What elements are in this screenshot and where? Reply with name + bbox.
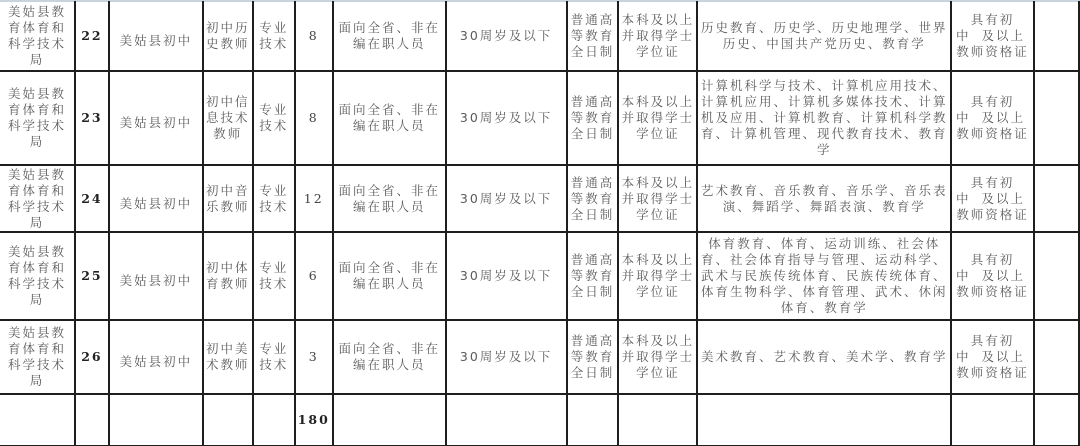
post-type-cell: 专业技术: [253, 232, 295, 320]
cert-line: 中及以上: [954, 268, 1031, 284]
empty-cell: [951, 394, 1034, 446]
unit-cell: 美姑县教育体育和科学技术局: [0, 1, 75, 71]
degree-cell: 本科及以上并取得学士学位证: [618, 232, 697, 320]
employer-cell: 美姑县初中: [109, 1, 203, 71]
age-cell: 30周岁及以下: [446, 232, 567, 320]
recruitment-table: 美姑县教育体育和科学技术局 22 美姑县初中 初中历史教师 专业技术 8 面向全…: [0, 1, 1080, 446]
employer-cell: 美姑县初中: [109, 232, 203, 320]
edu-form-cell: 普通高等教育全日制: [567, 320, 619, 394]
remark-cell: [1034, 320, 1079, 394]
empty-cell: [567, 394, 619, 446]
cert-text: 中: [956, 110, 971, 126]
recruit-scope-cell: 面向全省、非在编在职人员: [333, 71, 446, 165]
count-cell: 8: [295, 71, 333, 165]
recruit-scope-cell: 面向全省、非在编在职人员: [333, 232, 446, 320]
recruit-scope-cell: 面向全省、非在编在职人员: [333, 320, 446, 394]
majors-cell: 艺术教育、音乐教育、音乐学、音乐表演、舞蹈学、舞蹈表演、教育学: [697, 165, 951, 232]
table-row: 美姑县教育体育和科学技术局 23 美姑县初中 初中信息技术教师 专业技术 8 面…: [0, 71, 1079, 165]
empty-cell: [75, 394, 109, 446]
cert-line: 中及以上: [954, 28, 1031, 44]
cert-line: 教师资格证: [954, 207, 1031, 223]
certificate-cell: 具有初 中及以上 教师资格证: [951, 165, 1034, 232]
cert-text: 及以上: [981, 28, 1025, 44]
table-row: 美姑县教育体育和科学技术局 26 美姑县初中 初中美术教师 专业技术 3 面向全…: [0, 320, 1079, 394]
post-type-cell: 专业技术: [253, 165, 295, 232]
unit-cell: 美姑县教育体育和科学技术局: [0, 71, 75, 165]
certificate-cell: 具有初 中及以上 教师资格证: [951, 232, 1034, 320]
table-row: 美姑县教育体育和科学技术局 22 美姑县初中 初中历史教师 专业技术 8 面向全…: [0, 1, 1079, 71]
remark-cell: [1034, 1, 1079, 71]
count-cell: 8: [295, 1, 333, 71]
unit-cell: 美姑县教育体育和科学技术局: [0, 165, 75, 232]
degree-cell: 本科及以上并取得学士学位证: [618, 320, 697, 394]
recruit-scope-cell: 面向全省、非在编在职人员: [333, 1, 446, 71]
cert-text: 及以上: [981, 191, 1025, 207]
majors-cell: 计算机科学与技术、计算机应用技术、计算机应用、计算机多媒体技术、计算机及应用、计…: [697, 71, 951, 165]
table-row: 美姑县教育体育和科学技术局 25 美姑县初中 初中体育教师 专业技术 6 面向全…: [0, 232, 1079, 320]
recruit-scope-cell: 面向全省、非在编在职人员: [333, 165, 446, 232]
empty-cell: [446, 394, 567, 446]
post-code-cell: 26: [75, 320, 109, 394]
post-type-cell: 专业技术: [253, 320, 295, 394]
position-cell: 初中音乐教师: [203, 165, 253, 232]
cert-text: 中: [956, 191, 971, 207]
certificate-cell: 具有初 中及以上 教师资格证: [951, 320, 1034, 394]
post-code-cell: 22: [75, 1, 109, 71]
edu-form-cell: 普通高等教育全日制: [567, 165, 619, 232]
post-type-cell: 专业技术: [253, 1, 295, 71]
cert-line: 具有初: [954, 333, 1031, 349]
table-row: 美姑县教育体育和科学技术局 24 美姑县初中 初中音乐教师 专业技术 12 面向…: [0, 165, 1079, 232]
cert-line: 教师资格证: [954, 126, 1031, 142]
age-cell: 30周岁及以下: [446, 71, 567, 165]
empty-cell: [697, 394, 951, 446]
cert-text: 中: [956, 268, 971, 284]
empty-cell: [109, 394, 203, 446]
degree-cell: 本科及以上并取得学士学位证: [618, 1, 697, 71]
remark-cell: [1034, 71, 1079, 165]
cert-text: 及以上: [981, 349, 1025, 365]
cert-text: 中: [956, 28, 971, 44]
unit-cell: 美姑县教育体育和科学技术局: [0, 232, 75, 320]
cert-line: 具有初: [954, 252, 1031, 268]
cert-line: 教师资格证: [954, 365, 1031, 381]
age-cell: 30周岁及以下: [446, 1, 567, 71]
employer-cell: 美姑县初中: [109, 71, 203, 165]
empty-cell: [618, 394, 697, 446]
count-cell: 3: [295, 320, 333, 394]
remark-cell: [1034, 232, 1079, 320]
post-code-cell: 24: [75, 165, 109, 232]
empty-cell: [0, 394, 75, 446]
empty-cell: [333, 394, 446, 446]
age-cell: 30周岁及以下: [446, 320, 567, 394]
post-code-cell: 23: [75, 71, 109, 165]
degree-cell: 本科及以上并取得学士学位证: [618, 71, 697, 165]
post-type-cell: 专业技术: [253, 71, 295, 165]
count-cell: 12: [295, 165, 333, 232]
certificate-cell: 具有初 中及以上 教师资格证: [951, 1, 1034, 71]
edu-form-cell: 普通高等教育全日制: [567, 71, 619, 165]
empty-cell: [253, 394, 295, 446]
cert-line: 具有初: [954, 94, 1031, 110]
cert-line: 教师资格证: [954, 44, 1031, 60]
majors-cell: 体育教育、体育、运动训练、社会体育、社会体育指导与管理、运动科学、武术与民族传统…: [697, 232, 951, 320]
position-cell: 初中历史教师: [203, 1, 253, 71]
certificate-cell: 具有初 中及以上 教师资格证: [951, 71, 1034, 165]
degree-cell: 本科及以上并取得学士学位证: [618, 165, 697, 232]
count-cell: 6: [295, 232, 333, 320]
cert-line: 中及以上: [954, 110, 1031, 126]
remark-cell: [1034, 165, 1079, 232]
total-row: 180: [0, 394, 1079, 446]
cert-line: 教师资格证: [954, 284, 1031, 300]
cert-line: 具有初: [954, 12, 1031, 28]
position-cell: 初中体育教师: [203, 232, 253, 320]
position-cell: 初中信息技术教师: [203, 71, 253, 165]
cert-line: 中及以上: [954, 191, 1031, 207]
employer-cell: 美姑县初中: [109, 165, 203, 232]
empty-cell: [203, 394, 253, 446]
empty-cell: [1034, 394, 1079, 446]
employer-cell: 美姑县初中: [109, 320, 203, 394]
cert-text: 及以上: [981, 110, 1025, 126]
edu-form-cell: 普通高等教育全日制: [567, 232, 619, 320]
position-cell: 初中美术教师: [203, 320, 253, 394]
majors-cell: 历史教育、历史学、历史地理学、世界历史、中国共产党历史、教育学: [697, 1, 951, 71]
cert-line: 具有初: [954, 175, 1031, 191]
cert-line: 中及以上: [954, 349, 1031, 365]
age-cell: 30周岁及以下: [446, 165, 567, 232]
post-code-cell: 25: [75, 232, 109, 320]
edu-form-cell: 普通高等教育全日制: [567, 1, 619, 71]
majors-cell: 美术教育、艺术教育、美术学、教育学: [697, 320, 951, 394]
cert-text: 中: [956, 349, 971, 365]
total-count-cell: 180: [295, 394, 333, 446]
unit-cell: 美姑县教育体育和科学技术局: [0, 320, 75, 394]
cert-text: 及以上: [981, 268, 1025, 284]
